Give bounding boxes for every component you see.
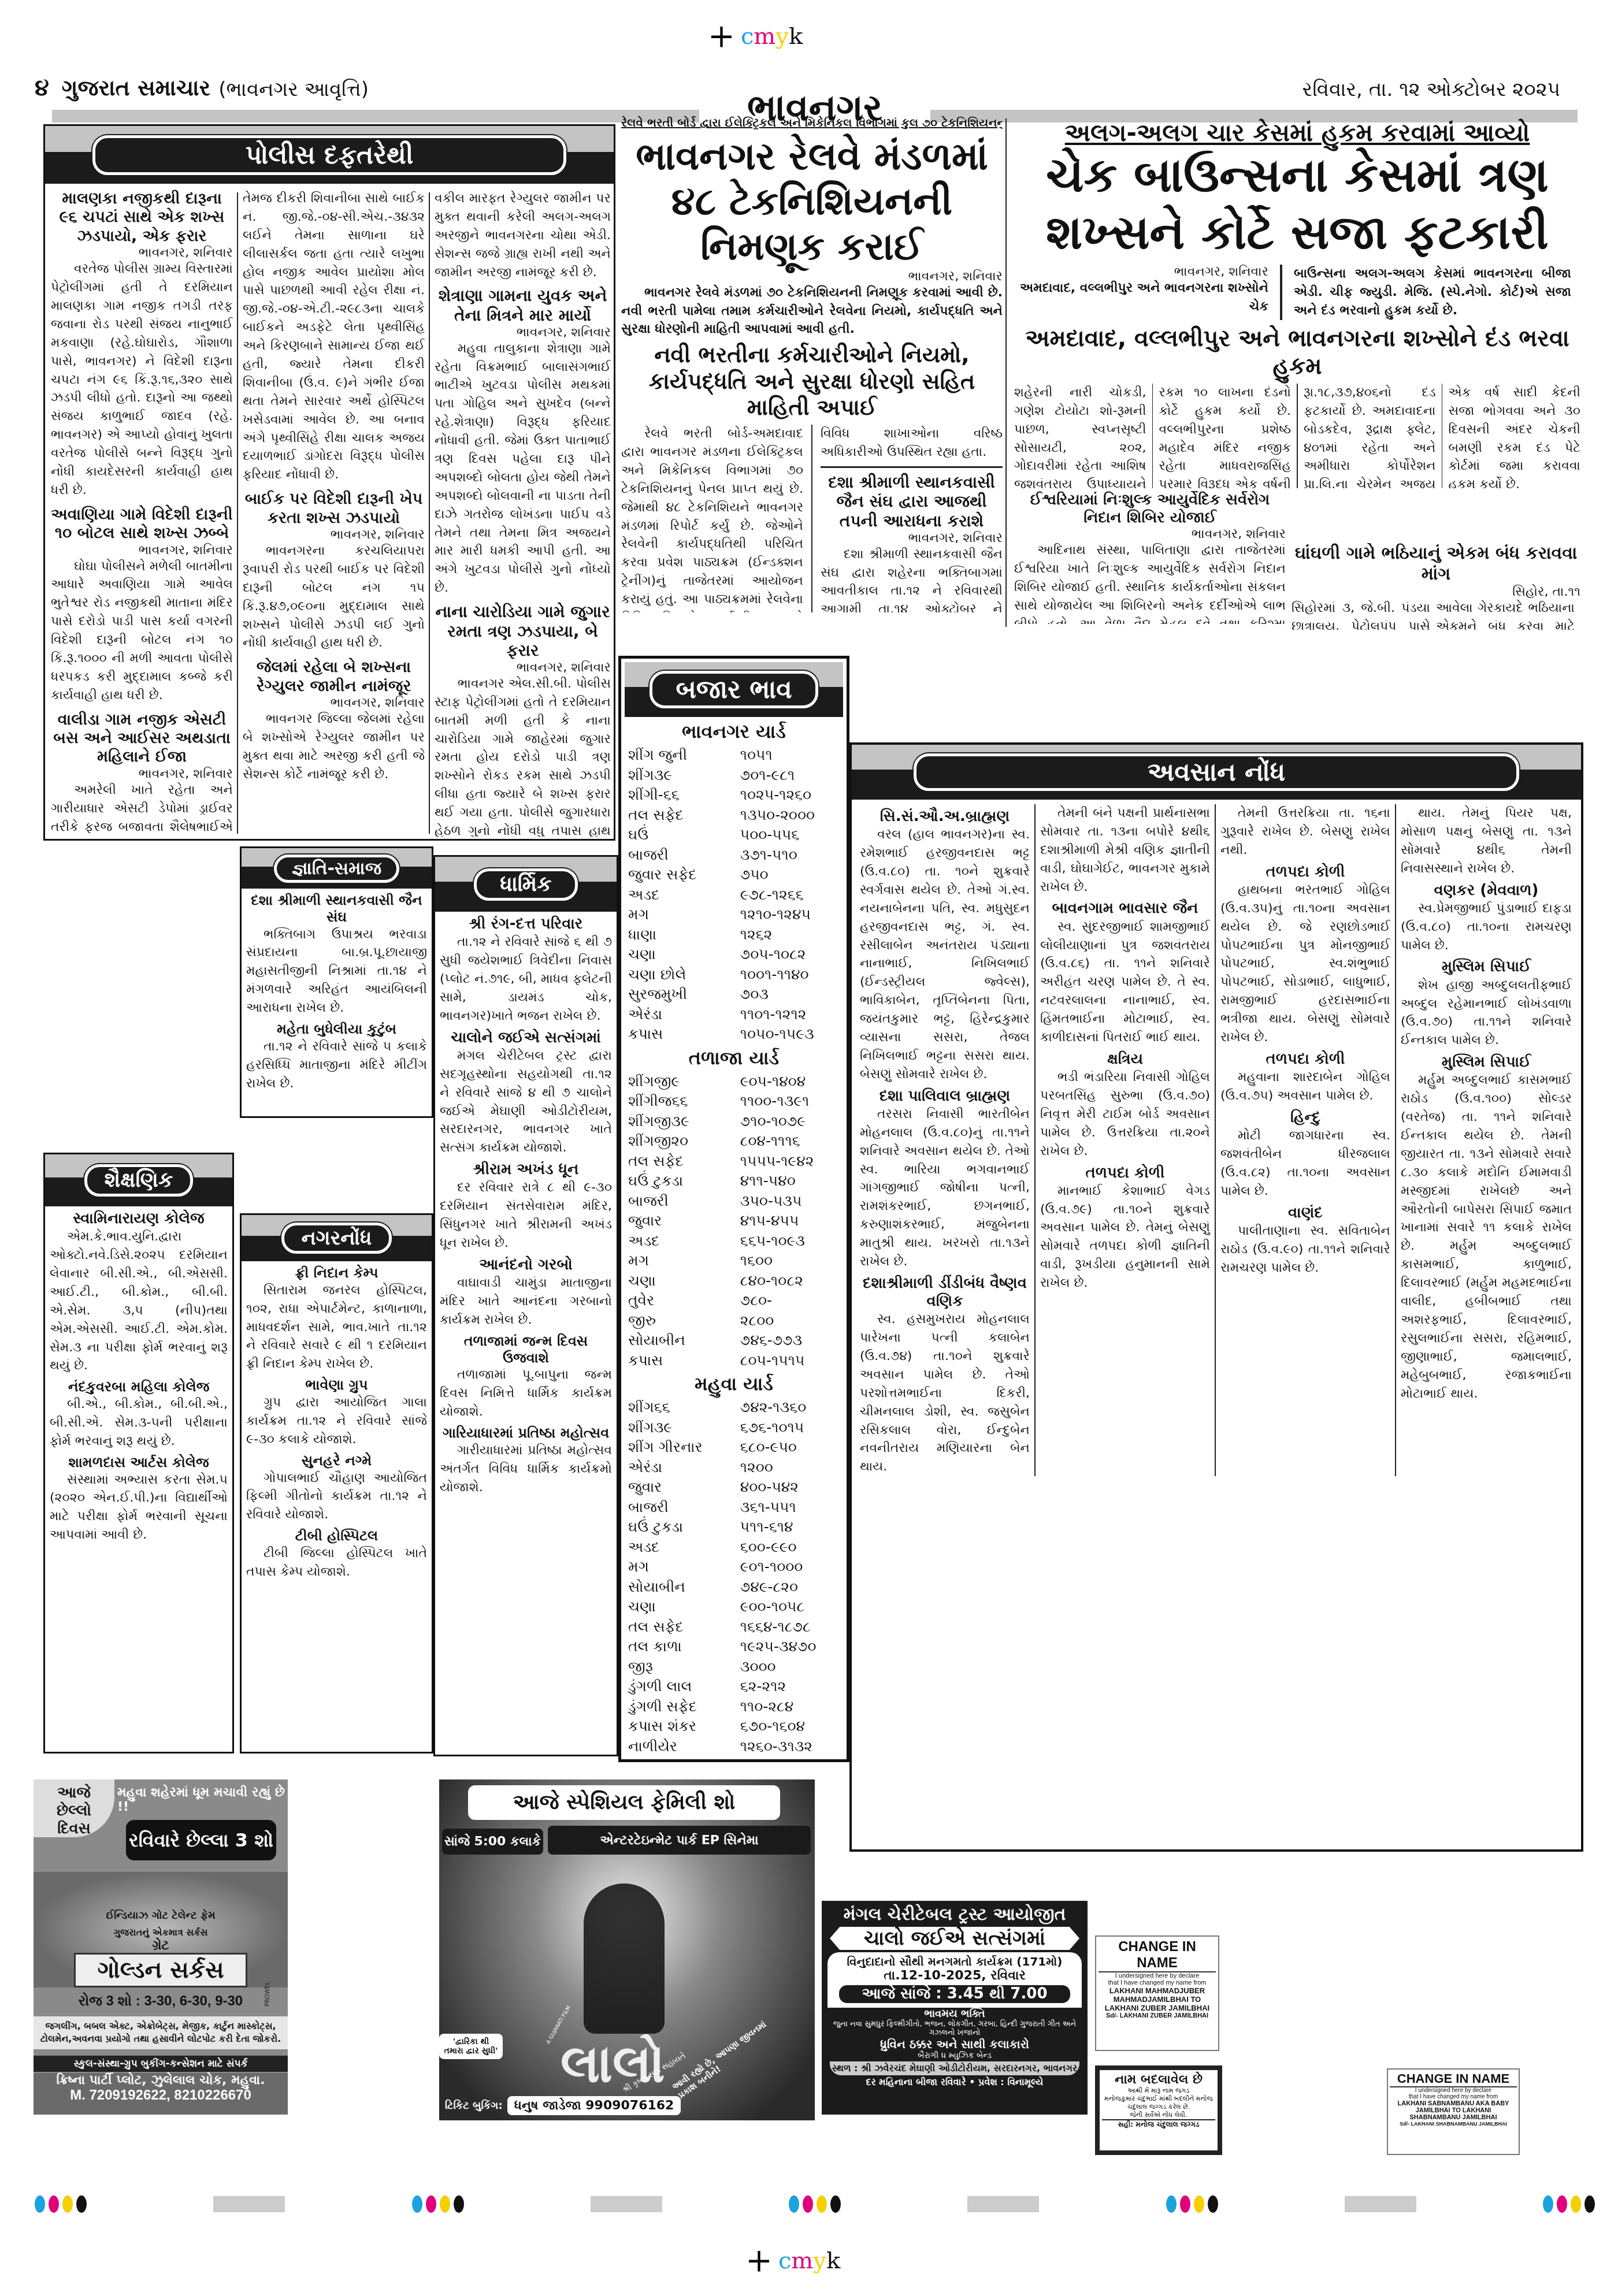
- rate-row: ચણા૯૦૦-૧૦૫૮: [628, 1597, 840, 1617]
- rate-row: ઘઉં૫૦૦-૫૫૬: [628, 825, 840, 845]
- obituary-entry: થાય. તેમનું પિયર પક્ષ, મોસાળ પક્ષનું બેસ…: [1401, 804, 1572, 878]
- obituary-community: તળપદા કોળી: [1220, 863, 1390, 881]
- obituary-entry: સ્વ. હસમુખરાય મોહનલાલ પારેખના પત્ની કલાબ…: [860, 1310, 1030, 1476]
- commodity-name: તલ સફેદ: [628, 1151, 684, 1172]
- obituary-entry: ભડી ભંડારિયા નિવાસી ગોહિલ પરબતસિંહ સુરુભ…: [1040, 1068, 1210, 1160]
- ad-organizer: મંગલ ચેરીટેબલ ટ્રસ્ટ આયોજીત: [822, 1901, 1088, 1925]
- rate-row: તુવેર૭૮૦-: [628, 1291, 840, 1311]
- story-headline: ભાવનગર રેલવે મંડળમાં ૪૮ ટેકનિશિયનની નિમણ…: [621, 134, 1003, 269]
- obituary-community: વણકર (મેવવાળ): [1401, 882, 1572, 900]
- commodity-price: ૬૮૦-૯૫૦: [740, 1437, 828, 1458]
- notice-new-name: LAKHANI ZUBER JAMILBHAI: [1099, 2004, 1216, 2012]
- story-body: રૂા.૧૮,૩૭,૪૦૬નો દંડ ફટકાર્યો છે. અમદાવાદ…: [1304, 384, 1436, 488]
- obituary-community: હિન્દુ: [1220, 1109, 1390, 1127]
- police-col-1: માલણકા નજીકથી દારૂના ૯૬ ચપટાં સાથે એક શખ…: [51, 190, 233, 837]
- ad-showtime: સાંજે 5:00 કલાકે: [442, 1829, 543, 1855]
- commodity-price: ૭૫૦: [740, 865, 828, 885]
- column-rule: [811, 425, 812, 612]
- commodity-name: તલ કાળા: [628, 1637, 682, 1657]
- ad-venue: સ્થળ : શ્રી ઝવેરચંદ મેઘાણી ઓડીટોરીયમ, સર…: [830, 2061, 1079, 2075]
- ad-credit: PROWEL: [265, 1982, 271, 2007]
- commodity-name: જુવાર સફેદ: [628, 865, 696, 885]
- commodity-name: સોયાબીન: [628, 1331, 685, 1351]
- rate-row: બાજરી૩૫૦-૫૩૫: [628, 1191, 840, 1212]
- education-label: શૈક્ષણિક: [84, 1164, 194, 1197]
- story-body: સિહોરમાં ૩, જે.બી. પંડયા છાત્રાલય, પેટ્ર…: [1292, 599, 1430, 630]
- market-label: બજાર ભાવ: [650, 671, 818, 708]
- ad-fame-line: ઈન્ડિયાઝ ગોટ ટેલેન્ટ ફેમ: [80, 1909, 242, 1922]
- registration-cross-icon: +: [708, 17, 735, 55]
- rate-row: જીરુ૨૮૦૦: [628, 1311, 840, 1331]
- ad-quote: 'દ્વારિકા થી તમારા દ્વાર સુધી': [439, 2034, 503, 2059]
- commodity-name: શીંગ ગીરનાર: [628, 1437, 703, 1458]
- commodity-price: ૨૮૦૦: [740, 1311, 828, 1331]
- notice-signature: સહી: મનોજ ચંદુલાલ જગ્ગડ: [1102, 2119, 1215, 2129]
- obituary-community: મુસ્લિમ સિપાઈ: [1401, 1053, 1572, 1071]
- commodity-name: તલ સફેદ: [628, 1617, 684, 1637]
- civic-label: નગરનોંધ: [281, 1223, 392, 1254]
- rate-row: જુવાર૪૦૦-૫૪૨: [628, 1477, 840, 1498]
- story-body: આવેલા ગેરકાયદે ભઠિયાના એકમને બંધ કરવા મા…: [1436, 599, 1575, 630]
- header-rule-left: [52, 110, 699, 122]
- ad-booking-label: ટિકિટ બુકિંગ:: [445, 2100, 503, 2112]
- commodity-name: મગ: [628, 1251, 649, 1271]
- dateline: ભાવનગર, શનિવાર: [51, 543, 233, 558]
- rate-row: શીંગ૩૯૬૭૬-૧૦૧૫: [628, 1418, 840, 1438]
- notice-body: ગારીયાધારમાં પ્રતિષ્ઠા મહોત્સવ અંતર્ગત વ…: [440, 1441, 612, 1497]
- obituary-community: દશા પાલિવાલ બ્રાહ્મણ: [860, 1087, 1030, 1105]
- column-rule: [237, 192, 238, 834]
- obituary-community: મુસ્લિમ સિપાઈ: [1401, 958, 1572, 976]
- dateline: ભાવનગર, શનિવાર: [621, 269, 1003, 284]
- bhadiya-story: ઘાંઘળી ગામે ભઠિયાનું એકમ બંધ કરાવવા માંગ…: [1292, 543, 1580, 630]
- silhouette-figure: [584, 1883, 665, 2034]
- yard-title: તળાજા યાર્ડ: [628, 1047, 840, 1069]
- commodity-price: ૧૩૫૦-૨૦૦૦: [740, 805, 828, 826]
- notice-title: મહેતા બુધેલીયા કુટુંબ: [246, 1021, 427, 1038]
- rate-row: ઘઉં ટુકડા૫૧૧-૬૧૪: [628, 1517, 840, 1537]
- commodity-name: ચણા છોલે: [628, 965, 686, 985]
- obituary-column: તેમની બંને પક્ષની પ્રાર્થનાસભા સોમવાર તા…: [1036, 804, 1216, 1476]
- rate-row: શીંગ જુની૧૦૫૧: [628, 745, 840, 766]
- ad-film-lalo[interactable]: આજે સ્પેશિયલ ફેમિલી શો સાંજે 5:00 કલાકે …: [439, 1779, 815, 2120]
- rate-row: ડુંગળી સફેદ૧૧૦-૨૮૪: [628, 1697, 840, 1717]
- rate-row: બાજરી૩૬૧-૫૫૧: [628, 1498, 840, 1518]
- market-section: બજાર ભાવ ભાવનગર યાર્ડશીંગ જુની૧૦૫૧શીંગ૩૯…: [618, 656, 849, 1762]
- commodity-name: બાજરી: [628, 845, 669, 865]
- ad-tagline: મહુવા શહેરમાં ધૂમ મચાવી રહ્યું છે !!: [117, 1785, 285, 1814]
- commodity-price: ૭૦૧-૯૮૧: [740, 766, 828, 786]
- ad-venue: એન્ટરટેઇન્મેટ પાર્ક EP સિનેમા: [548, 1826, 811, 1855]
- notice-title: સ્વામિનારાયણ કોલેજ: [50, 1210, 228, 1228]
- commodity-name: તુવેર: [628, 1291, 654, 1311]
- color-registration-bar: [35, 2195, 1595, 2213]
- commodity-price: ૧૨૧૦-૧૨૪૫: [740, 905, 828, 925]
- obituary-entry: તેમની ઉત્તરક્રિયા તા. ૧૬ના ગુરૂવારે રાખે…: [1220, 804, 1390, 860]
- story-body: તેમજ દીકરી શિવાનીબા સાથે બાઈક નં. જી.જે.…: [243, 190, 425, 484]
- commodity-price: ૫૦૦-૫૫૬: [740, 825, 828, 845]
- ad-small-title: ગ્રેટ: [80, 1938, 242, 1953]
- rate-row: જીરૂ૩૦૦૦: [628, 1657, 840, 1677]
- obituary-community: દશાશ્રીમાળી ડીંડીબંધ વૈષ્ણવ વણિક: [860, 1275, 1030, 1310]
- commodity-price: ૧૧૦૦-૧૩૯૧: [740, 1091, 828, 1112]
- story-headline: વાલીડા ગામ નજીક એસટી બસ અને આઈસર અથડાતા …: [51, 711, 233, 767]
- dateline: ભાવનગર, શનિવાર: [51, 767, 233, 781]
- notice-title: નામ બદલાવેલ છે: [1102, 2072, 1215, 2087]
- commodity-price: ૫૧૧-૬૧૪: [740, 1517, 828, 1537]
- notice-title: ચાલોને જઈએ સત્સંગમાં: [440, 1029, 612, 1047]
- obituary-section: અવસાન નોંધ સિ.સં.ઔ.અ.બ્રાહ્મણવરલ (હાલ ભા…: [849, 742, 1583, 1852]
- commodity-name: શીંગ જુની: [628, 745, 687, 766]
- story-body: આદિનાથ સંસ્થા, પાલિતાણા દ્વારા તાજેતરમાં…: [1014, 541, 1286, 624]
- rate-row: સોયાબીન૭૪૬-૭૭૩: [628, 1331, 840, 1351]
- commodity-price: ૩૦૦૦: [740, 1657, 828, 1677]
- commodity-name: શીંગજી૨૦: [628, 1131, 688, 1151]
- story-body: ઘોઘા પોલીસને મળેલી બાતમીના આધારે અવાણિયા…: [51, 558, 233, 705]
- commodity-name: એરંડા: [628, 1005, 662, 1025]
- commodity-price: ૬૨-૨૧૨: [740, 1677, 828, 1697]
- ad-contact-label: સ્કુલ-સંસ્થા-ગ્રુપ બુકીંગ-કન્સેશન માટે સ…: [34, 2056, 288, 2072]
- commodity-price: ૧૦૫૦-૧૫૯૩: [740, 1024, 828, 1045]
- police-col-3: વકીલ મારફત રેગ્યુલર જામીન પર મુક્ત થવાની…: [435, 190, 611, 837]
- commodity-name: અડદ: [628, 885, 659, 905]
- ad-satsang[interactable]: મંગલ ચેરીટેબલ ટ્રસ્ટ આયોજીત ચાલો જઈએ સત્…: [822, 1901, 1088, 2115]
- ad-headline: આજે સ્પેશિયલ ફેમિલી શો: [468, 1785, 780, 1820]
- dateline: ભાવનગર, શનિવાર: [435, 325, 611, 340]
- story-headline: ઈશ્વરિયામાં નિઃશુલ્ક આયુર્વેદિક સર્વરોગ …: [1014, 491, 1286, 527]
- ad-band: બૈરાગી ધ મ્યુઝિક બેન્ડ: [822, 2051, 1088, 2060]
- story-body: વકીલ મારફત રેગ્યુલર જામીન પર મુક્ત થવાની…: [435, 190, 611, 281]
- ad-golden-circus[interactable]: આજે છેલ્લો દિવસ મહુવા શહેરમાં ધૂમ મચાવી …: [34, 1779, 288, 2115]
- commodity-price: ૧૨૬૨: [740, 925, 828, 945]
- commodity-name: ધાણા: [628, 925, 656, 945]
- dateline: ભાવનગર, શનિવાર: [243, 527, 425, 542]
- rate-row: નાળીયેર૧૨૬૦-૩૧૩૨: [628, 1737, 840, 1757]
- dateline: ભાવનગર, શનિવાર: [435, 660, 611, 675]
- notice-title: ગારિયાધારમાં પ્રતિષ્ઠા મહોત્સવ: [440, 1425, 612, 1441]
- commodity-price: ૭૧૦-૧૦૭૯: [740, 1112, 828, 1132]
- story-body: એક વર્ષ સાદી કેદની સજા ભોગવવા અને ૩૦ દિવ…: [1448, 384, 1580, 488]
- print-mark-top: + cmyk: [708, 17, 803, 55]
- commodity-price: ૩૬૧-૫૫૧: [740, 1498, 828, 1518]
- commodity-price: ૧૫૫૫-૧૯૪૨: [740, 1151, 828, 1172]
- commodity-price: ૮૦૪-૧૧૧૬: [740, 1131, 828, 1151]
- commodity-price: ૯૦૧-૧૦૦૦: [740, 1557, 828, 1577]
- education-section: શૈક્ષણિક સ્વામિનારાયણ કોલેજ એમ.કે.ભાવ.યુ…: [43, 1153, 234, 1753]
- rate-row: ચણા૮૪૦-૧૦૮૨: [628, 1271, 840, 1291]
- notice-line: I undersigned here by declare: [1390, 2087, 1517, 2094]
- story-headline: શેત્રાણા ગામના યુવક અને તેના મિત્રને માર…: [435, 286, 611, 325]
- cheque-story: અલગ-અલગ ચાર કેસમાં હુકમ કરવામાં આવ્યો ચે…: [1014, 118, 1580, 488]
- commodity-price: ૧૧૦-૨૮૪: [740, 1697, 828, 1717]
- commodity-name: જીરુ: [628, 1311, 656, 1331]
- obituary-entry: મહુવાના શારદાબેન ગોહિલ (ઉ.વ.૭૫) અવસાન પા…: [1220, 1068, 1390, 1105]
- notice-title: આનંદનો ગરબો: [440, 1256, 612, 1274]
- story-subhead: નવી ભરતીના કર્મચારીઓને નિયમો, કાર્યપદ્ધત…: [621, 342, 1003, 421]
- community-label: જ્ઞાતિ-સમાજ: [274, 855, 399, 883]
- religious-section: ધાર્મિક શ્રી રંગ-દત્ત પરિવાર તા.૧૨ ને રવ…: [433, 855, 618, 1756]
- story-lead: અમદાવાદ, વલ્લભીપુર અને ભાવનગરના શખ્સોને …: [1014, 279, 1268, 316]
- ad-phones[interactable]: M. 7209192622, 8210226670: [34, 2087, 288, 2104]
- ad-change-in-name-1: CHANGE IN NAME I undersigned here by dec…: [1095, 1935, 1219, 2051]
- ad-program: વિનુદાદાનો સૌથી મનગમતો કાર્યક્રમ (171મો): [830, 1955, 1079, 1968]
- notice-line: that I have changed my name from: [1099, 1979, 1216, 1986]
- rate-row: શીંગજી૨૦૮૦૪-૧૧૧૬: [628, 1131, 840, 1151]
- registration-cross-icon: +: [745, 2242, 773, 2279]
- cmyk-label: cmyk: [778, 2247, 840, 2274]
- commodity-name: અડદ: [628, 1231, 659, 1251]
- rate-row: ધાણા૧૨૬૨: [628, 925, 840, 945]
- notice-line: આથી મેં મારૂ નામ જગડ: [1102, 2087, 1215, 2095]
- commodity-name: સુરજમુખી: [628, 984, 687, 1005]
- commodity-price: ૭૮૦-: [740, 1291, 828, 1311]
- rate-row: બાજરી૩૭૧-૫૧૦: [628, 845, 840, 865]
- commodity-price: ૯૦૫-૧૪૦૪: [740, 1072, 828, 1092]
- story-subhead: અમદાવાદ, વલ્લભીપુર અને ભાવનગરના શખ્સોને …: [1014, 325, 1580, 380]
- story-body: વિવિધ શાખાઓના વરિષ્ઠ અધિકારીઓ ઉપસ્થિત રહ…: [821, 425, 1003, 462]
- police-col-2: તેમજ દીકરી શિવાનીબા સાથે બાઈક નં. જી.જે.…: [243, 190, 425, 837]
- commodity-price: ૯૦૦-૧૦૫૮: [740, 1597, 828, 1617]
- rate-row: જુવાર સફેદ૭૫૦: [628, 865, 840, 885]
- obituary-column: થાય. તેમનું પિયર પક્ષ, મોસાળ પક્ષનું બેસ…: [1396, 804, 1576, 1476]
- obituary-entry: મોટી જાગધારના સ્વ. જશવંતીબેન ધીરજલાલ (ઉ.…: [1220, 1127, 1390, 1201]
- yard-title: ભાવનગર યાર્ડ: [628, 720, 840, 743]
- notice-body: તળાજામાં પૂ.બાપુના જન્મ દિવસ નિમિત્તે ધા…: [440, 1366, 612, 1421]
- commodity-name: મગ: [628, 905, 649, 925]
- ad-arc-text: ગુજરાતનું એકમાત્ર સર્કસ: [80, 1927, 242, 1938]
- rate-row: શીંગી-૬૬૧૦૨૫-૧૨૬૦: [628, 785, 840, 805]
- story-headline: અવાણિયા ગામે વિદેશી દારૂની ૧૦ બોટલ સાથે …: [51, 506, 233, 543]
- railway-story: રેલવે ભરતી બોર્ડ દ્વારા ઈલેક્ટ્રિકલ અને …: [621, 116, 1003, 612]
- notice-body: દર રવિવાર રાત્રે ૮ થી ૯-૩૦ દરમિયાન સંતસે…: [440, 1179, 612, 1253]
- dateline: ભાવનગર, શનિવાર: [51, 246, 233, 260]
- notice-line: I undersigned here by declare: [1099, 1972, 1216, 1979]
- notice-signature: Sd/- LAKHANI SHABNAMBANU JAMILBHAI: [1390, 2121, 1517, 2127]
- story-divider: [821, 466, 1003, 468]
- ad-tagline: આવી રહ્યો છે, આપણા જીવનમાં પ્રકાશ બનીને!: [670, 2011, 786, 2101]
- obituary-entry: વરલ (હાલ ભાવનગર)ના સ્વ. રમેશભાઈ હરજીવનદા…: [860, 826, 1030, 1083]
- ad-bhakti: ભાવમય ભક્તિ: [822, 2008, 1088, 2020]
- commodity-name: જુવાર: [628, 1477, 662, 1498]
- obituary-community: ક્ષત્રિય: [1040, 1050, 1210, 1068]
- story-body: અમરેલી ખાતે રહેતા અને ગારીયાધાર એસટી ડેપ…: [51, 781, 233, 837]
- notice-title: શામળદાસ આર્ટસ કોલેજ: [50, 1454, 228, 1471]
- rate-row: એરંડા૧૧૦૧-૧૨૧૨: [628, 1005, 840, 1025]
- obituary-community: તળપદા કોળી: [1040, 1164, 1210, 1182]
- rate-row: શીંગ ગીરનાર૬૮૦-૯૫૦: [628, 1437, 840, 1458]
- civic-section: નગરનોંધ ફ્રી નિદાન કેમ્પ સિતારામ જનરલ હો…: [240, 1213, 433, 1753]
- edition-label: (ભાવનગર આવૃત્તિ): [218, 78, 369, 101]
- obituary-entry: માનભાઈ કેશાભાઈ વેગડ (ઉ.વ.૭૯) તા.૧૦ને શુક…: [1040, 1182, 1210, 1292]
- ad-time: આજે સાંજે : 3.45 થી 7.00: [839, 1985, 1070, 2003]
- commodity-price: ૬૦૦-૯૯૦: [740, 1537, 828, 1558]
- notice-new-name: SHABNAMBANU JAMILBHAI: [1390, 2114, 1517, 2121]
- story-body: શહેરની નારી ચોકડી, ગણેશ ટોયોટા શો-રૂમની …: [1014, 384, 1146, 488]
- commodity-name: બાજરી: [628, 1191, 669, 1212]
- community-section: જ્ઞાતિ-સમાજ દશા શ્રીમાળી સ્થાનકવાસી જૈન …: [240, 846, 433, 1118]
- column-rule: [1280, 265, 1282, 320]
- commodity-price: ૮૦૫-૧૫૧૫: [740, 1351, 828, 1371]
- commodity-price: ૩૫૦-૫૩૫: [740, 1191, 828, 1212]
- issue-date: રવિવાર, તા. ૧૨ ઓક્ટોબર ૨૦૨૫: [1302, 78, 1560, 101]
- story-headline: નાના ચારોડિયા ગામે જુગાર રમતા ત્રણ ઝડપાય…: [435, 602, 611, 660]
- page-number: ૪: [35, 75, 49, 101]
- ad-acts: જગલીંગ, બબલ એક્ટ, એક્રોબેટ્સ, મેજીક, કાર…: [34, 2016, 288, 2049]
- commodity-price: ૯૭૮-૧૨૬૬: [740, 885, 828, 905]
- commodity-name: કપાસ શંકર: [628, 1717, 696, 1737]
- notice-title: દશા શ્રીમાળી સ્થાનકવાસી જૈન સંઘ: [246, 892, 427, 926]
- story-body: રેલવે ભરતી બોર્ડ-અમદાવાદ દ્વારા ભાવનગર મ…: [621, 425, 803, 612]
- commodity-name: ચણા: [628, 945, 656, 965]
- obituary-entry: પાલીતાણાના સ્વ. સવિતાબેન રાઠોડ (ઉ.વ.૯૦) …: [1220, 1222, 1390, 1277]
- notice-body: સંસ્થામાં અભ્યાસ કરતા સેમ.૫ (૨૦૨૦ એન.ઈ.પ…: [50, 1471, 228, 1545]
- story-headline: બાઈક પર વિદેશી દારૂની ખેપ કરતા શખ્સ ઝડપા…: [243, 490, 425, 527]
- notice-line: મનોજકુમાર ચંદુભાઈ માંથી બદલીને મનોજ ચંદુ…: [1102, 2095, 1215, 2111]
- commodity-name: સોયાબીન: [628, 1577, 685, 1597]
- rate-row: શીંગજી૩૯૭૧૦-૧૦૭૯: [628, 1112, 840, 1132]
- commodity-name: કપાસ: [628, 1024, 663, 1045]
- commodity-name: શીંગજી૯: [628, 1072, 680, 1092]
- ad-artists: ધ્રુવિન ઠક્કર અને સાથી કલાકારો: [822, 2037, 1088, 2051]
- rate-row: ચણા છોલે૧૦૦૧-૧૧૪૦: [628, 965, 840, 985]
- commodity-price: ૧૨૦૦: [740, 1458, 828, 1478]
- rate-row: શીંગજી૯૯૦૫-૧૪૦૪: [628, 1072, 840, 1092]
- commodity-name: તલ સફેદ: [628, 805, 684, 826]
- dateline: ભાવનગર, શનિવાર: [821, 531, 1003, 545]
- rate-row: અડદ૯૭૮-૧૨૬૬: [628, 885, 840, 905]
- commodity-name: કપાસ: [628, 1351, 663, 1371]
- notice-old-name: LAKHANI SABNAMBANU AKA BABY JAMILBHAI TO…: [1390, 2100, 1517, 2114]
- notice-body: એમ.કે.ભાવ.યુનિ.દ્વારા ઓક્ટો.નવે.ડિસે.૨૦૨…: [50, 1228, 228, 1375]
- notice-body: સિતારામ જનરલ હોસ્પિટલ, ૧૦૨, રાધા એપાર્ટમ…: [246, 1281, 427, 1373]
- rate-row: અડદ૬૦૦-૯૯૦: [628, 1537, 840, 1558]
- cmyk-label: cmyk: [741, 23, 803, 50]
- obituary-community: સિ.સં.ઔ.અ.બ્રાહ્મણ: [860, 808, 1030, 826]
- commodity-price: ૧૨૬૦-૩૧૩૨: [740, 1737, 828, 1757]
- obituary-entry: મર્હુમ અબ્દુલભાઈ કાસમભાઈ રાઠોડ (ઉ.વ.૧૦૦)…: [1401, 1071, 1572, 1403]
- ad-title: ગોલ્ડન સર્કસ: [74, 1953, 247, 1987]
- market-yards: ભાવનગર યાર્ડશીંગ જુની૧૦૫૧શીંગ૩૯૭૦૧-૯૮૧શી…: [621, 720, 847, 1762]
- ad-film-title: લાલો: [561, 2034, 665, 2095]
- obituary-entry: શેખ હાજી અબ્દુલલતીફભાઈ અબ્દુલ રહેમાનભાઈ …: [1401, 976, 1572, 1050]
- ad-banner: રવિવારે છેલ્લા 3 શો: [126, 1820, 276, 1860]
- commodity-price: ૮૪૦-૧૦૮૨: [740, 1271, 828, 1291]
- obituary-columns: સિ.સં.ઔ.અ.બ્રાહ્મણવરલ (હાલ ભાવનગર)ના સ્વ…: [852, 800, 1581, 1481]
- commodity-price: ૬૭૦-૧૬૦૪: [740, 1717, 828, 1737]
- rate-row: સુરજમુખી૭૦૩: [628, 984, 840, 1005]
- commodity-name: ડુંગળી લાલ: [628, 1677, 692, 1697]
- obituary-community: તળપદા કોળી: [1220, 1050, 1390, 1068]
- commodity-price: ૧૦૫૧: [740, 745, 828, 766]
- story-headline: જેલમાં રહેલા બે શખ્સના રેગ્યુલર જામીન ના…: [243, 658, 425, 696]
- ad-date: તા.12-10-2025, રવિવાર: [830, 1968, 1079, 1983]
- notice-body: તા.૧૨ ને રવિવારે સાંજે ૫ કલાકે હરસિધ્ધિ …: [246, 1038, 427, 1093]
- notice-old-name: LAKHANI MAHMADJUBER MAHMADJAMILBHAI TO: [1099, 1986, 1216, 2004]
- obituary-label: અવસાન નોંધ: [914, 753, 1520, 791]
- notice-body: ગોપાલભાઈ ચૌહાણ આયોજિત ફિલ્મી ગીતોનો કાર્…: [246, 1469, 427, 1525]
- column-rule: [1005, 118, 1007, 627]
- notice-title: સુનહરે નગ્મે: [246, 1452, 427, 1469]
- story-body: રકમ ૧૦ લાખના દંડનો કોર્ટે હુકમ કર્યો છે.…: [1159, 384, 1291, 488]
- notice-body: ટીબી જિલ્લા હોસ્પિટલ ખાતે તપાસ કેમ્પ યોજ…: [246, 1544, 427, 1581]
- commodity-name: નાળીયેર: [628, 1737, 677, 1757]
- ad-corner-badge: આજે છેલ્લો દિવસ: [34, 1779, 114, 1837]
- commodity-name: ચણા: [628, 1271, 656, 1291]
- commodity-name: શીંગ૩૯: [628, 766, 672, 786]
- story-kicker: રેલવે ભરતી બોર્ડ દ્વારા ઈલેક્ટ્રિકલ અને …: [621, 116, 1003, 129]
- story-headline: ચેક બાઉન્સના કેસમાં ત્રણ શખ્સને કોર્ટે સ…: [1014, 147, 1580, 261]
- rate-row: એરંડા૧૨૦૦: [628, 1458, 840, 1478]
- dateline: ભાવનગર, શનિવાર: [1014, 265, 1268, 279]
- ad-booking-contact[interactable]: ધનુષ જાડેજા 9909076162: [507, 2096, 681, 2115]
- story-body: મહુવા તાલુકાના શેત્રાણા ગામે રહેતા વિક્ર…: [435, 340, 611, 597]
- commodity-price: ૧૬૦૦: [740, 1251, 828, 1271]
- obituary-entry: સ્વ.પ્રેમજીભાઈ પુંડાભાઈ દાફડા (ઉ.વ.૮૦) ત…: [1401, 900, 1572, 955]
- commodity-price: ૭૦૫-૧૦૮૨: [740, 945, 828, 965]
- commodity-price: ૧૧૦૧-૧૨૧૨: [740, 1005, 828, 1025]
- notice-line: જેની સર્વેએ નોંધ લેવી.: [1102, 2111, 1215, 2119]
- print-mark-bottom: + cmyk: [745, 2242, 840, 2279]
- commodity-name: બાજરી: [628, 1498, 669, 1518]
- story-headline: ઘાંઘળી ગામે ભઠિયાનું એકમ બંધ કરાવવા માંગ: [1292, 543, 1580, 585]
- notice-line: that I have changed my name from: [1390, 2094, 1517, 2100]
- commodity-price: ૧૦૦૧-૧૧૪૦: [740, 965, 828, 985]
- obituary-community: બાવનગામ ભાવસાર જૈન: [1040, 900, 1210, 917]
- story-body: ભાવનગરના કરચલિયાપરા રૂવાપરી રોડ પરથી બાઈ…: [243, 542, 425, 652]
- rate-row: મગ૧૬૦૦: [628, 1251, 840, 1271]
- commodity-name: એરંડા: [628, 1458, 662, 1478]
- police-label-box: પોલીસ દફતરેથી: [45, 126, 614, 184]
- rate-row: તલ કાળા૧૯૨૫-૩૪૭૦: [628, 1637, 840, 1657]
- notice-title: ભાવેણા ગ્રુપ: [246, 1377, 427, 1394]
- ad-showtimes: રોજ 3 શો : 3-30, 6-30, 9-30: [74, 1993, 247, 2009]
- rate-row: અડદ૬૬૫-૧૦૯૩: [628, 1231, 840, 1251]
- notice-body: વાઘાવાડી ચામુંડા માતાજીના મંદિર ખાતે આનં…: [440, 1274, 612, 1329]
- obituary-entry: હાથબના ભરતભાઈ ગોહિલ (ઉ.વ.૩૫)નું તા.૧૦ના …: [1220, 881, 1390, 1047]
- obituary-column: સિ.સં.ઔ.અ.બ્રાહ્મણવરલ (હાલ ભાવનગર)ના સ્વ…: [855, 804, 1036, 1476]
- notice-title: ફ્રી નિદાન કેમ્પ: [246, 1265, 427, 1281]
- ad-footer: દર મહિનાના બીજા રવિવારે • પ્રવેશ : વિનામ…: [822, 2076, 1088, 2088]
- dateline: સિહોર, તા.૧૧: [1292, 585, 1580, 599]
- commodity-name: જીરૂ: [628, 1657, 653, 1677]
- obituary-entry: સ્વ. સુંદરજીભાઈ શામજીભાઈ લોલીયાણાનાં પુત…: [1040, 918, 1210, 1047]
- ad-name-change-gujarati: નામ બદલાવેલ છે આથી મેં મારૂ નામ જગડ મનોજ…: [1095, 2065, 1222, 2155]
- commodity-name: ડુંગળી સફેદ: [628, 1697, 697, 1717]
- obituary-entry: તેમની બંને પક્ષની પ્રાર્થનાસભા સોમવાર તા…: [1040, 804, 1210, 896]
- rate-row: ચણા૭૦૫-૧૦૮૨: [628, 945, 840, 965]
- commodity-price: ૧૬૬૪-૧૮૭૮: [740, 1617, 828, 1637]
- ad-venue: ક્રિષ્ના પાર્ટી પ્લોટ, ઝુલેલાલ ચોક, મહુવ…: [34, 2073, 288, 2087]
- commodity-name: શીંગીજ૬૬: [628, 1091, 688, 1112]
- notice-body: બી.એ., બી.કોમ., બી.બી.એ., બી.સી.એ. સેમ.૩…: [50, 1395, 228, 1451]
- commodity-price: ૧૦૨૫-૧૨૬૦: [740, 785, 828, 805]
- notice-title: CHANGE IN NAME: [1099, 1939, 1216, 1972]
- rate-row: શીંગ૬૬૭૪૨-૧૩૬૦: [628, 1398, 840, 1418]
- story-headline: માલણકા નજીકથી દારૂના ૯૬ ચપટાં સાથે એક શખ…: [51, 190, 233, 246]
- column-rule: [429, 192, 430, 834]
- ad-change-in-name-2: CHANGE IN NAME I undersigned here by dec…: [1387, 2068, 1520, 2155]
- commodity-name: શીંગી-૬૬: [628, 785, 680, 805]
- commodity-price: ૪૧૫-૪૫૫: [740, 1211, 828, 1231]
- commodity-price: ૭૪૯-૮૨૦: [740, 1577, 828, 1597]
- commodity-price: ૧૯૨૫-૩૪૭૦: [740, 1637, 828, 1657]
- story-lead: ભાવનગર રેલવે મંડળમાં ૭૦ ટેકનિશિયનની નિમણ…: [621, 284, 1003, 339]
- commodity-price: ૭૪૨-૧૩૬૦: [740, 1398, 828, 1418]
- notice-title: નંદકુવરબા મહિલા કોલેજ: [50, 1379, 228, 1395]
- commodity-price: ૬૬૫-૧૦૯૩: [740, 1231, 828, 1251]
- notice-title: શ્રી રંગ-દત્ત પરિવાર: [440, 915, 612, 933]
- commodity-price: ૪૧૧-૫૪૦: [740, 1171, 828, 1191]
